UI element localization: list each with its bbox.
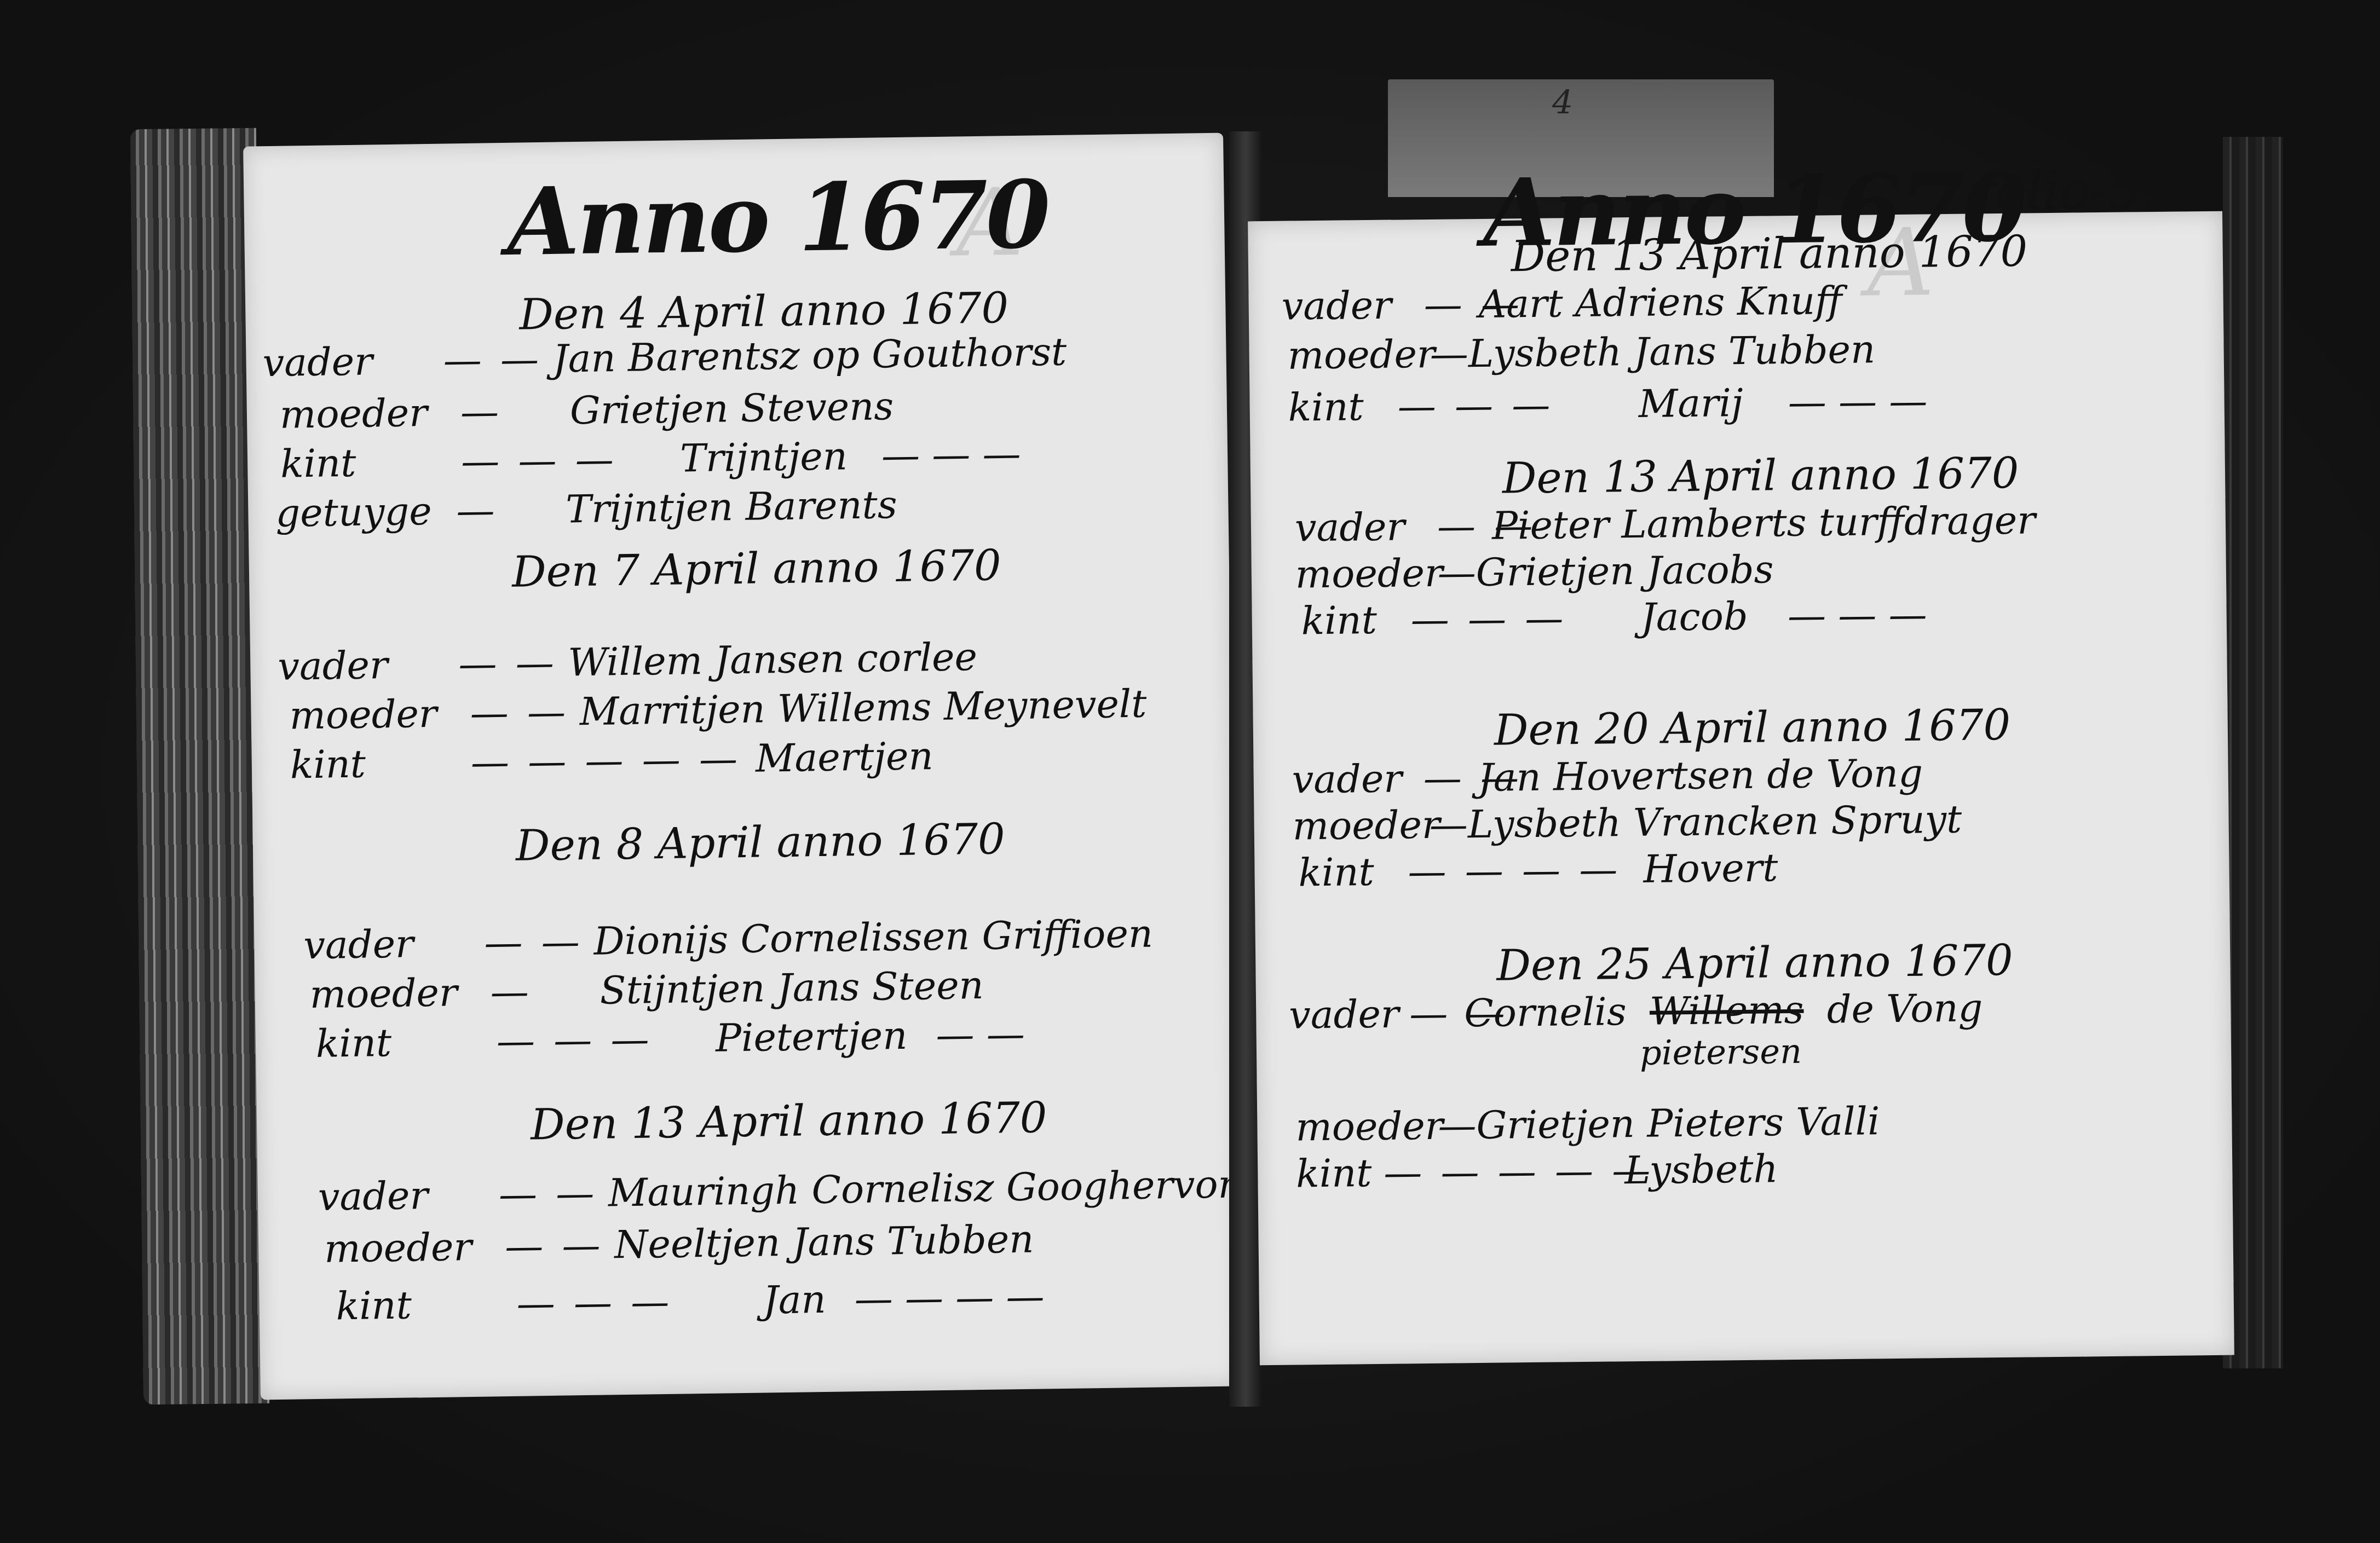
row-moeder: moeder—Lysbeth Vrancken Spruyt xyxy=(1292,797,1962,849)
row-label: moeder xyxy=(279,390,460,437)
struck-name: Willems xyxy=(1649,987,1803,1034)
row-value: Hovert xyxy=(1643,845,1778,892)
row-value: Jan xyxy=(763,1277,826,1323)
row-dash: — — — xyxy=(496,1016,716,1064)
row-vader: vader— —Aart Adriens Knuff xyxy=(1281,278,1842,329)
row-kint: kint— — —Pietertjen — — xyxy=(315,1012,1025,1066)
row-vader: vader— —Jan Barentsz op Gouthorst xyxy=(262,330,1067,385)
left-page-title: Anno 1670 xyxy=(506,160,1050,277)
row-label: moeder xyxy=(1287,332,1430,378)
row-label: getuyge xyxy=(275,488,457,536)
row-dash: — — — — — xyxy=(1384,1148,1625,1195)
row-value: Dionijs Cornelissen Griffioen xyxy=(593,911,1154,964)
row-vader: vader— —Dionijs Cornelissen Griffioen xyxy=(303,911,1153,968)
row-trail: — — xyxy=(936,1012,1025,1057)
row-dash: — — — xyxy=(1397,382,1639,429)
entry-date: Den 13 April anno 1670 xyxy=(530,1093,1047,1149)
row-label: moeder xyxy=(1295,551,1438,597)
row-label: moeder xyxy=(309,969,491,1017)
left-page: A Anno 1670 Den 4 April anno 1670 vader—… xyxy=(243,133,1241,1400)
row-dash: — xyxy=(490,968,600,1015)
row-dash: — xyxy=(1437,550,1476,596)
row-dash: — — — xyxy=(516,1278,763,1326)
entry-date: Den 8 April anno 1670 xyxy=(515,814,1005,870)
row-label: kint xyxy=(1288,384,1398,430)
row-value: Marritjen Willems Meynevelt xyxy=(579,681,1147,734)
row-moeder: moeder—Stijntjen Jans Steen xyxy=(309,963,984,1017)
row-label: kint xyxy=(290,740,471,788)
correction-note: pietersen xyxy=(1640,1031,1802,1073)
row-label: moeder xyxy=(289,691,470,738)
row-dash: — xyxy=(460,388,570,435)
row-label: vader xyxy=(318,1172,499,1220)
row-label: kint xyxy=(315,1019,497,1066)
row-label: kint xyxy=(1301,597,1411,643)
row-vader: vader— —Willem Jansen corlee xyxy=(278,634,978,689)
row-label: kint xyxy=(336,1281,517,1329)
row-label: vader xyxy=(1295,504,1438,551)
row-kint: kint— — — — —Lysbeth xyxy=(1296,1146,1778,1196)
row-label: kint xyxy=(280,439,462,487)
row-vader: vader— —Pieter Lamberts turffdrager xyxy=(1295,498,2036,550)
row-value: Grietjen Jacobs xyxy=(1476,547,1774,595)
row-dash: — — xyxy=(1409,991,1465,1036)
row-vader: vader— —Cornelis Willems de Vong xyxy=(1289,985,1983,1037)
row-value: Aart Adriens Knuff xyxy=(1478,278,1842,327)
row-value: Neeltjen Jans Tubben xyxy=(614,1217,1034,1268)
row-trail: — — — xyxy=(881,431,1021,478)
row-dash: — xyxy=(1438,1103,1477,1148)
entry-date: Den 20 April anno 1670 xyxy=(1494,701,2010,755)
row-value-prefix: Cornelis xyxy=(1464,989,1627,1036)
row-kint: kint— — —Jan — — — — xyxy=(336,1274,1045,1328)
row-value: Stijntjen Jans Steen xyxy=(600,963,984,1013)
entry-date: Den 25 April anno 1670 xyxy=(1496,936,2013,991)
row-moeder: moeder—Grietjen Pieters Valli xyxy=(1295,1099,1880,1149)
row-vader: vader— —Jan Hovertsen de Vong xyxy=(1292,751,1923,802)
row-label: moeder xyxy=(324,1224,505,1272)
row-value: Jan Hovertsen de Vong xyxy=(1478,751,1923,801)
row-dash: — — xyxy=(458,640,568,686)
row-moeder: moeder—Grietjen Stevens xyxy=(279,384,894,437)
row-dash: — — — xyxy=(1410,595,1641,642)
row-dash: — xyxy=(456,487,566,533)
row-trail: — — — xyxy=(1788,378,1927,425)
row-moeder: moeder— —Marritjen Willems Meynevelt xyxy=(289,681,1147,738)
row-kint: kint— — —Trijntjen — — — xyxy=(280,431,1021,487)
row-trail: — — — xyxy=(1787,592,1927,638)
row-dash: — — xyxy=(484,919,594,966)
row-trail: — — — — xyxy=(854,1274,1045,1321)
row-value: Lysbeth xyxy=(1624,1146,1778,1193)
folio-number: folio-51 xyxy=(1975,160,2175,222)
row-value: Mauringh Cornelisz Googhervorst xyxy=(608,1161,1271,1216)
row-value: Marij xyxy=(1638,380,1743,426)
row-moeder: moeder— —Neeltjen Jans Tubben xyxy=(324,1217,1034,1272)
row-dash: — — — — — xyxy=(470,736,756,785)
row-value: Trijntjen Barents xyxy=(566,482,897,531)
row-dash: — — xyxy=(1437,504,1492,549)
row-moeder: moeder—Lysbeth Jans Tubben xyxy=(1287,327,1875,378)
row-label: moeder xyxy=(1292,802,1430,849)
row-moeder: moeder—Grietjen Jacobs xyxy=(1295,547,1773,597)
row-kint: kint— — —Jacob — — — xyxy=(1301,592,1927,643)
row-label: vader xyxy=(1289,991,1410,1037)
row-dash: — — xyxy=(1424,282,1479,327)
tab-number: 4 xyxy=(1552,84,1573,122)
row-dash: — xyxy=(1430,331,1468,377)
row-dash: — — xyxy=(443,337,553,383)
row-label: vader xyxy=(1281,282,1424,329)
row-dash: — — xyxy=(470,689,580,736)
row-dash: — xyxy=(1429,802,1468,847)
row-getuyge: getuyge—Trijntjen Barents xyxy=(275,482,897,536)
row-label: vader xyxy=(262,338,443,386)
row-value: Jacob xyxy=(1640,594,1748,640)
row-label: kint xyxy=(1296,1151,1384,1197)
row-value: Lysbeth Jans Tubben xyxy=(1468,327,1875,376)
row-label: moeder xyxy=(1295,1103,1438,1150)
row-value: Maertjen xyxy=(755,733,933,781)
row-label: vader xyxy=(278,642,459,689)
row-dash: — — — — xyxy=(1408,847,1644,894)
entry-date: Den 13 April anno 1670 xyxy=(1502,449,2019,504)
row-value-suffix: de Vong xyxy=(1826,985,1983,1032)
row-dash: — — xyxy=(505,1222,615,1269)
row-value: Willem Jansen corlee xyxy=(568,634,978,685)
row-dash: — — xyxy=(498,1170,608,1217)
row-value: Grietjen Pieters Valli xyxy=(1476,1099,1880,1148)
row-label: vader xyxy=(1292,756,1424,802)
row-value: Grietjen Stevens xyxy=(569,384,894,433)
right-page: A Anno 1670 folio-51 Den 13 April anno 1… xyxy=(1248,211,2234,1366)
entry-date: Den 13 April anno 1670 xyxy=(1511,227,2027,281)
row-value: Trijntjen xyxy=(680,434,848,481)
entry-date: Den 7 April anno 1670 xyxy=(511,541,1001,597)
row-kint: kint— — — —Hovert xyxy=(1298,845,1778,895)
row-value: Pieter Lamberts turffdrager xyxy=(1492,498,2036,548)
row-dash: — — — xyxy=(461,436,681,484)
row-value: Jan Barentsz op Gouthorst xyxy=(552,330,1067,382)
row-dash: — — xyxy=(1423,755,1478,801)
row-vader: vader— —Mauringh Cornelisz Googhervorst xyxy=(318,1161,1271,1220)
row-kint: kint— — — — —Maertjen xyxy=(290,733,933,787)
row-label: vader xyxy=(303,921,485,968)
row-kint: kint— — —Marij — — — xyxy=(1288,378,1928,430)
row-label: kint xyxy=(1298,849,1408,895)
row-value: Pietertjen xyxy=(715,1013,907,1061)
row-value: Lysbeth Vrancken Spruyt xyxy=(1467,797,1962,847)
